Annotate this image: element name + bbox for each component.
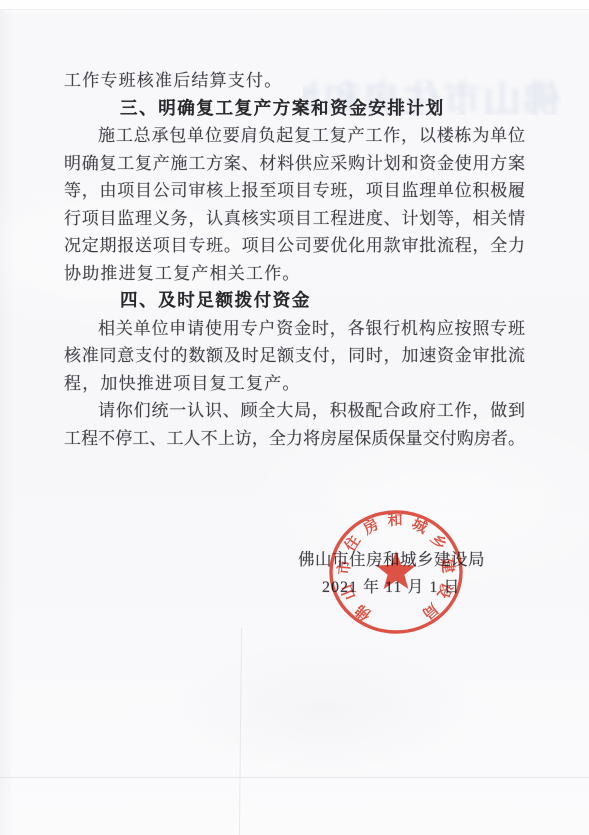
- body-line: 施工总承包单位要肩负起复工复产工作，以楼栋为单位: [64, 122, 525, 150]
- fold-crease-vertical: [239, 628, 242, 835]
- body-line: 核准同意支付的数额及时足额支付，同时，加速资金审批流: [64, 342, 525, 370]
- body-line: 行项目监理义务，认真核实项目工程进度、计划等，相关情: [64, 205, 525, 233]
- body-line: 明确复工复产施工方案、材料供应采购计划和资金使用方案: [64, 150, 525, 178]
- body-line: 程，加快推进项目复工复产。: [64, 370, 525, 398]
- body-line: 等，由项目公司审核上报至项目专班，项目监理单位积极履: [64, 177, 525, 205]
- body-line: 工作专班核准后结算支付。: [64, 67, 525, 95]
- document-body: 工作专班核准后结算支付。 三、明确复工复产方案和资金安排计划 施工总承包单位要肩…: [64, 67, 525, 452]
- section-heading: 三、明确复工复产方案和资金安排计划: [64, 95, 525, 123]
- scan-top-edge: [0, 0, 589, 10]
- body-line: 况定期报送项目专班。项目公司要优化用款审批流程，全力: [64, 232, 525, 260]
- official-seal: 佛山市住房和城乡建设局: [321, 497, 471, 647]
- body-line: 工程不停工、工人不上访，全力将房屋保质保量交付购房者。: [64, 425, 525, 453]
- body-line: 请你们统一认识、顾全大局，积极配合政府工作，做到: [64, 397, 525, 425]
- seal-star: [376, 551, 416, 589]
- section-heading: 四、及时足额拨付资金: [64, 287, 525, 315]
- body-line: 相关单位申请使用专户资金时，各银行机构应按照专班: [64, 315, 525, 343]
- fold-crease-horizontal: [0, 777, 589, 778]
- scanned-document-page: 佛山市住房和城乡建设局 工作专班核准后结算支付。 三、明确复工复产方案和资金安排…: [0, 0, 589, 835]
- body-line: 协助推进复工复产相关工作。: [64, 260, 525, 288]
